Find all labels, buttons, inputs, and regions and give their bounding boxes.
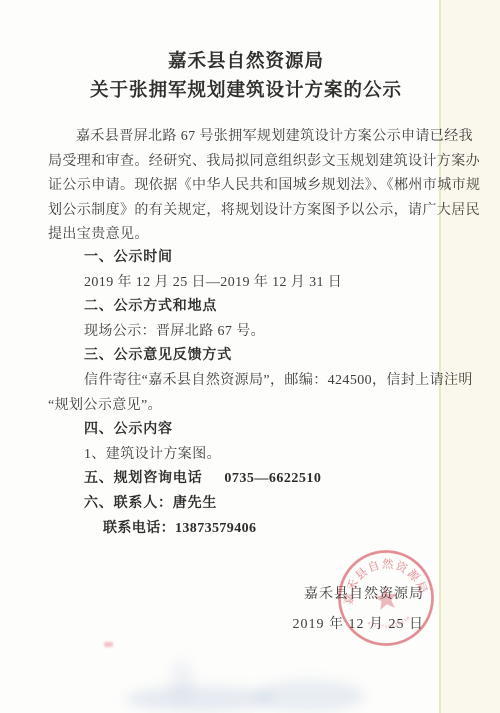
phone-section-label: 五、规划咨询电话 xyxy=(84,471,202,486)
notice-title: 嘉禾县自然资源局 关于张拥军规划建筑设计方案的公示 xyxy=(48,48,444,106)
bleed-through-artifact xyxy=(255,680,365,712)
section-body-2: 现场公示：晋屏北路 67 号。 xyxy=(48,320,432,345)
notice-body: 一、公示时间 2019 年 12 月 25 日—2019 年 12 月 31 日… xyxy=(48,246,432,541)
bleed-through-artifact xyxy=(125,686,275,712)
intro-line: 划公示制度》的有关规定，将规划设计方案图予以公示，请广大居民 xyxy=(48,199,428,224)
seal-serial-number: 4310750026110 xyxy=(366,615,414,633)
section-heading-4: 四、公示内容 xyxy=(48,418,432,443)
section-body-3-line2: “规划公示意见”。 xyxy=(48,394,432,419)
section-heading-6: 六、联系人：唐先生 xyxy=(48,492,432,517)
section-heading-1: 一、公示时间 xyxy=(48,246,432,271)
intro-line: 嘉禾县晋屏北路 67 号张拥军规划建筑设计方案公示申请已经我 xyxy=(48,125,428,150)
intro-line: 局受理和审查。经研究、我局拟同意组织彭文玉规划建筑设计方案办 xyxy=(48,150,428,175)
section-body-1: 2019 年 12 月 25 日—2019 年 12 月 31 日 xyxy=(48,271,432,296)
section-heading-2: 二、公示方式和地点 xyxy=(48,295,432,320)
notice-title-line1: 嘉禾县自然资源局 xyxy=(48,48,444,77)
bleed-through-artifact xyxy=(170,660,194,700)
intro-line: 提出宝贵意见。 xyxy=(48,223,428,248)
notice-title-line2: 关于张拥军规划建筑设计方案的公示 xyxy=(48,77,444,106)
scanned-notice-page: 嘉禾县自然资源局 关于张拥军规划建筑设计方案的公示 嘉禾县晋屏北路 67 号张拥… xyxy=(0,0,500,713)
section-heading-3: 三、公示意见反馈方式 xyxy=(48,344,432,369)
section-body-3-line1: 信件寄往“嘉禾县自然资源局”，邮编：424500，信封上请注明 xyxy=(48,369,432,394)
seal-star-icon xyxy=(373,585,399,610)
section-body-4: 1、建筑设计方案图。 xyxy=(48,443,432,468)
consult-phone-number: 0735—6622510 xyxy=(224,471,321,486)
scan-fleck-artifact xyxy=(104,642,113,647)
intro-line: 证公示申请。现依据《中华人民共和国城乡规划法》、《郴州市城市规 xyxy=(48,174,428,199)
official-seal-stamp: 嘉禾县自然资源局 4310750026110 xyxy=(316,528,456,668)
intro-paragraph: 嘉禾县晋屏北路 67 号张拥军规划建筑设计方案公示申请已经我 局受理和审查。经研… xyxy=(48,125,428,248)
section-heading-5: 五、规划咨询电话 0735—6622510 xyxy=(48,467,432,492)
